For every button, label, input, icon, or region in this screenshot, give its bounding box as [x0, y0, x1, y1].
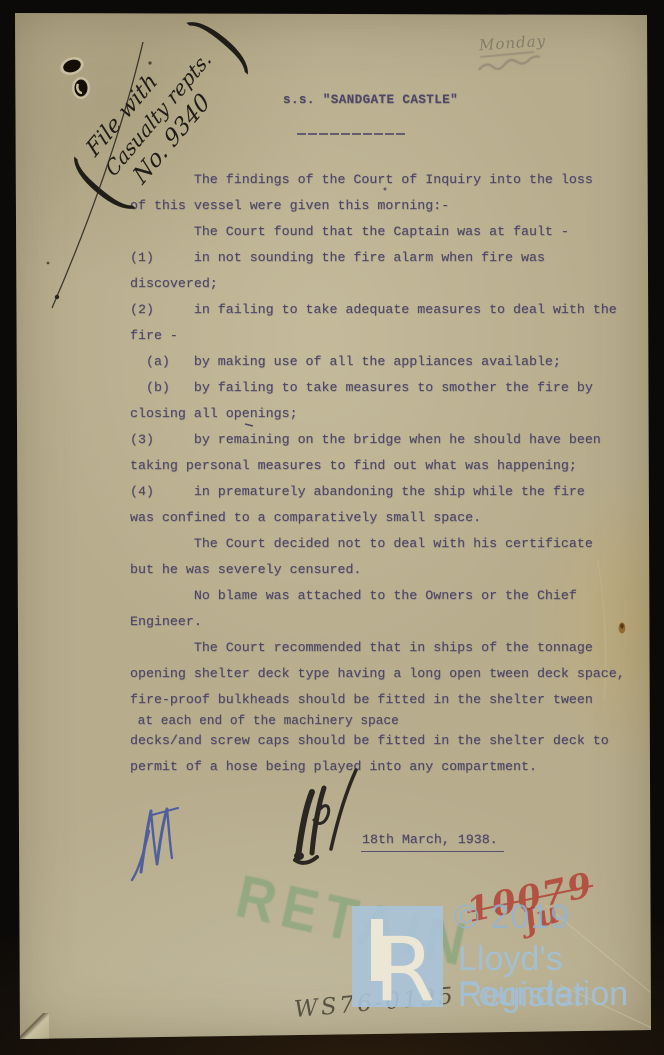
- ink-signature: [294, 770, 356, 863]
- typed-line: at each end of the machinery space: [130, 713, 625, 728]
- typed-line: taking personal measures to find out wha…: [130, 453, 625, 479]
- typed-line: The Court recommended that in ships of t…: [130, 635, 625, 661]
- document-paper: s.s. "SANDGATE CASTLE" The findings of t…: [0, 0, 664, 1055]
- punch-holes: [58, 54, 90, 99]
- watermark-copyright: © 2019: [454, 899, 570, 935]
- typed-line: (a) by making use of all the appliances …: [130, 349, 625, 375]
- typed-line: of this vessel were given this morning:-: [130, 193, 625, 219]
- typed-line: Engineer.: [130, 609, 625, 635]
- typed-body: The findings of the Court of Inquiry int…: [130, 167, 625, 780]
- pencil-date-note: Monday: [478, 32, 546, 55]
- typed-line: (1) in not sounding the fire alarm when …: [130, 245, 625, 271]
- logo-r-glyph: R: [374, 926, 435, 1014]
- typed-line: (3) by remaining on the bridge when he s…: [130, 427, 625, 453]
- typed-line: (4) in prematurely abandoning the ship w…: [130, 479, 625, 505]
- blue-ink-initials: [132, 808, 178, 880]
- title-underline: [297, 133, 407, 135]
- date-line: 18th March, 1938.: [361, 831, 504, 852]
- typed-line: The findings of the Court of Inquiry int…: [130, 167, 625, 193]
- typed-line: (2) in failing to take adequate measures…: [130, 297, 625, 323]
- typed-line: No blame was attached to the Owners or t…: [130, 583, 625, 609]
- document-title: s.s. "SANDGATE CASTLE": [283, 92, 458, 108]
- typed-line: fire -: [130, 323, 625, 349]
- typed-line: fire-proof bulkheads should be fitted in…: [130, 687, 625, 713]
- typed-line: but he was severely censured.: [130, 557, 625, 583]
- lloyds-register-logo: R: [352, 906, 443, 1007]
- typed-line: decks/and screw caps should be fitted in…: [130, 728, 625, 754]
- corner-fold: [20, 1013, 49, 1040]
- typed-line: discovered;: [130, 271, 625, 297]
- typed-line: The Court found that the Captain was at …: [130, 219, 625, 245]
- typed-line: opening shelter deck type having a long …: [130, 661, 625, 687]
- watermark-org-line2: Foundation: [458, 976, 628, 1012]
- typed-line: (b) by failing to take measures to smoth…: [130, 375, 625, 401]
- pencil-scribble: [479, 52, 540, 70]
- typed-line: was confined to a comparatively small sp…: [130, 505, 625, 531]
- typed-line: The Court decided not to deal with his c…: [130, 531, 625, 557]
- typed-line: closing all openings;: [130, 401, 625, 427]
- scan-background: s.s. "SANDGATE CASTLE" The findings of t…: [0, 0, 664, 1055]
- typed-line: permit of a hose being played into any c…: [130, 754, 625, 780]
